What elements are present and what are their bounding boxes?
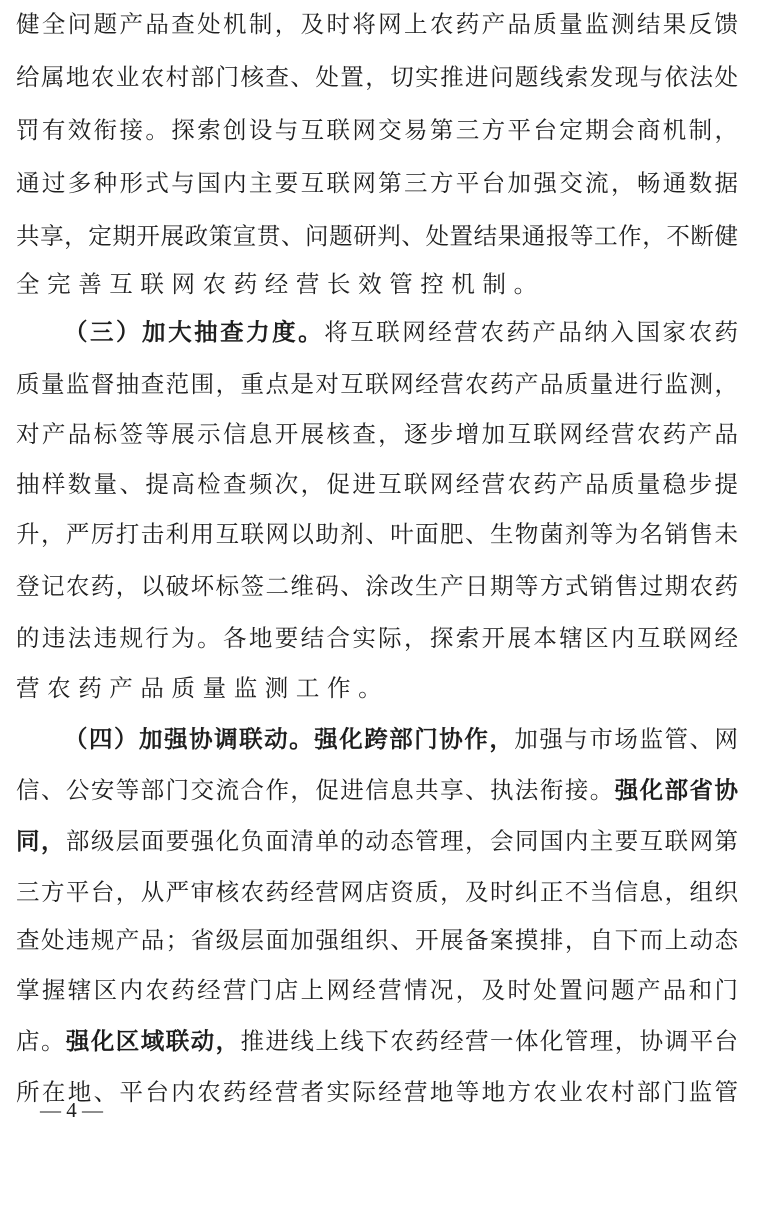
text-line: 掌握辖区内农药经营门店上网经营情况，及时处置问题产品和门 bbox=[16, 970, 738, 1010]
text-segment: 通过多种形式与国内主要互联网第三方平台加强交流，畅通数据 bbox=[16, 169, 738, 197]
text-line: 店。强化区域联动，推进线上线下农药经营一体化管理，协调平台 bbox=[16, 1021, 738, 1061]
text-segment: 营农药产品质量监测工作。 bbox=[16, 674, 389, 702]
bold-phrase: 强化区域联动， bbox=[66, 1027, 241, 1055]
text-line: 查处违规产品；省级层面加强组织、开展备案摸排，自下而上动态 bbox=[16, 920, 738, 960]
text-segment: 罚有效衔接。探索创设与互联网交易第三方平台定期会商机制， bbox=[16, 116, 738, 144]
section-heading-4: （四）加强协调联动。 bbox=[64, 725, 314, 753]
page-number: — 4 — bbox=[40, 1098, 103, 1122]
text-line: 对产品标签等展示信息开展核查，逐步增加互联网经营农药产品 bbox=[16, 414, 738, 454]
text-line: 全完善互联网农药经营长效管控机制。 bbox=[16, 264, 738, 304]
text-line: 登记农药，以破坏标签二维码、涂改生产日期等方式销售过期农药 bbox=[16, 566, 738, 606]
text-segment: 推进线上线下农药经营一体化管理，协调平台 bbox=[241, 1027, 738, 1055]
text-segment: 店。 bbox=[16, 1027, 66, 1055]
text-segment: 升，严厉打击利用互联网以助剂、叶面肥、生物菌剂等为名销售未 bbox=[16, 520, 738, 548]
text-line: 通过多种形式与国内主要互联网第三方平台加强交流，畅通数据 bbox=[16, 163, 738, 203]
text-segment: 掌握辖区内农药经营门店上网经营情况，及时处置问题产品和门 bbox=[16, 976, 738, 1004]
text-segment: 给属地农业农村部门核查、处置，切实推进问题线索发现与依法处 bbox=[16, 63, 738, 91]
text-segment: 信、公安等部门交流合作，促进信息共享、执法衔接。 bbox=[16, 776, 615, 804]
section-heading-line: （三）加大抽查力度。将互联网经营农药产品纳入国家农药 bbox=[64, 312, 738, 352]
text-line: 共享，定期开展政策宣贯、问题研判、处置结果通报等工作，不断健 bbox=[16, 216, 738, 256]
text-line: 信、公安等部门交流合作，促进信息共享、执法衔接。强化部省协 bbox=[16, 770, 738, 810]
text-segment: 三方平台，从严审核农药经营网店资质，及时纠正不当信息，组织 bbox=[16, 878, 738, 906]
text-line: 所在地、平台内农药经营者实际经营地等地方农业农村部门监管 bbox=[16, 1072, 738, 1112]
section-heading-3: （三）加大抽查力度。 bbox=[64, 318, 324, 346]
text-line: 升，严厉打击利用互联网以助剂、叶面肥、生物菌剂等为名销售未 bbox=[16, 514, 738, 554]
text-segment: 共享，定期开展政策宣贯、问题研判、处置结果通报等工作，不断健 bbox=[16, 222, 738, 250]
text-line: 营农药产品质量监测工作。 bbox=[16, 668, 738, 708]
text-segment: 将互联网经营农药产品纳入国家农药 bbox=[324, 318, 738, 346]
text-line: 同，部级层面要强化负面清单的动态管理，会同国内主要互联网第 bbox=[16, 821, 738, 861]
text-line: 给属地农业农村部门核查、处置，切实推进问题线索发现与依法处 bbox=[16, 57, 738, 97]
text-segment: 全完善互联网农药经营长效管控机制。 bbox=[16, 270, 545, 298]
section-heading-line: （四）加强协调联动。强化跨部门协作，加强与市场监管、网 bbox=[64, 719, 738, 759]
text-segment: 部级层面要强化负面清单的动态管理，会同国内主要互联网第 bbox=[66, 827, 738, 855]
text-segment: 健全问题产品查处机制，及时将网上农药产品质量监测结果反馈 bbox=[16, 10, 738, 38]
text-segment: 抽样数量、提高检查频次，促进互联网经营农药产品质量稳步提 bbox=[16, 470, 738, 498]
text-segment: 查处违规产品；省级层面加强组织、开展备案摸排，自下而上动态 bbox=[16, 926, 738, 954]
bold-phrase: 强化跨部门协作， bbox=[314, 725, 514, 753]
text-line: 罚有效衔接。探索创设与互联网交易第三方平台定期会商机制， bbox=[16, 110, 738, 150]
text-segment: 质量监督抽查范围，重点是对互联网经营农药产品质量进行监测， bbox=[16, 370, 738, 398]
bold-phrase: 同， bbox=[16, 827, 66, 855]
text-segment: 加强与市场监管、网 bbox=[514, 725, 738, 753]
text-line: 抽样数量、提高检查频次，促进互联网经营农药产品质量稳步提 bbox=[16, 464, 738, 504]
text-segment: 对产品标签等展示信息开展核查，逐步增加互联网经营农药产品 bbox=[16, 420, 738, 448]
text-segment: 的违法违规行为。各地要结合实际，探索开展本辖区内互联网经 bbox=[16, 624, 738, 652]
text-line: 健全问题产品查处机制，及时将网上农药产品质量监测结果反馈 bbox=[16, 4, 738, 44]
bold-phrase: 强化部省协 bbox=[615, 776, 738, 804]
text-segment: 所在地、平台内农药经营者实际经营地等地方农业农村部门监管 bbox=[16, 1078, 738, 1106]
text-line: 质量监督抽查范围，重点是对互联网经营农药产品质量进行监测， bbox=[16, 364, 738, 404]
text-line: 三方平台，从严审核农药经营网店资质，及时纠正不当信息，组织 bbox=[16, 872, 738, 912]
document-page: 健全问题产品查处机制，及时将网上农药产品质量监测结果反馈 给属地农业农村部门核查… bbox=[0, 0, 760, 1229]
text-line: 的违法违规行为。各地要结合实际，探索开展本辖区内互联网经 bbox=[16, 618, 738, 658]
text-segment: 登记农药，以破坏标签二维码、涂改生产日期等方式销售过期农药 bbox=[16, 572, 738, 600]
